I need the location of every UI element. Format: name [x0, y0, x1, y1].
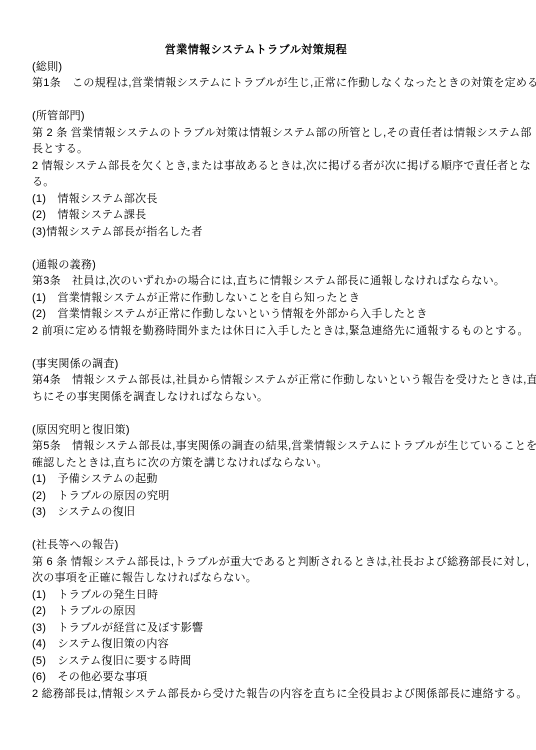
section-report-to-president: (社長等への報告) 第 6 条 情報システム部長は,トラブルが重大であると判断さ…	[32, 537, 532, 702]
text-line: 確認したときは,直ちに次の方策を講じなければならない。	[32, 455, 532, 472]
list-item: (4) システム復旧策の内容	[32, 636, 532, 653]
section-heading: (総則)	[32, 59, 532, 76]
list-item: (3) トラブルが経営に及ぼす影響	[32, 620, 532, 637]
section-heading: (事実関係の調査)	[32, 356, 532, 373]
text-line: 第4条 情報システム部長は,社員から情報システムが正常に作動しないという報告を受…	[32, 372, 532, 389]
list-item: (1) 予備システムの起動	[32, 471, 532, 488]
list-item: (3) システムの復旧	[32, 504, 532, 521]
text-line: 2 前項に定める情報を勤務時間外または休日に入手したときは,緊急連絡先に通報する…	[32, 323, 532, 340]
section-heading: (通報の義務)	[32, 257, 532, 274]
section-duty-to-report: (通報の義務) 第3条 社員は,次のいずれかの場合には,直ちに情報システム部長に…	[32, 257, 532, 340]
list-item: (1) 情報システム部次長	[32, 191, 532, 208]
list-item: (5) システム復旧に要する時間	[32, 653, 532, 670]
list-item: (2) トラブルの原因の究明	[32, 488, 532, 505]
section-jurisdiction: (所管部門) 第 2 条 営業情報システムのトラブル対策は情報システム部の所管と…	[32, 108, 532, 240]
text-line: 第5条 情報システム部長は,事実関係の調査の結果,営業情報システムにトラブルが生…	[32, 438, 532, 455]
list-item: (1) トラブルの発生日時	[32, 587, 532, 604]
text-line: 次の事項を正確に報告しなければならない。	[32, 570, 532, 587]
text-line: 2 情報システム部長を欠くとき,または事故あるときは,次に掲げる者が次に掲げる順…	[32, 158, 532, 175]
list-item: (6) その他必要な事項	[32, 669, 532, 686]
section-heading: (原因究明と復旧策)	[32, 422, 532, 439]
text-line: 長とする。	[32, 141, 532, 158]
text-line: 2 総務部長は,情報システム部長から受けた報告の内容を直ちに全役員および関係部長…	[32, 686, 532, 703]
section-fact-investigation: (事実関係の調査) 第4条 情報システム部長は,社員から情報システムが正常に作動…	[32, 356, 532, 406]
list-item: (2) トラブルの原因	[32, 603, 532, 620]
list-item: (2) 情報システム課長	[32, 207, 532, 224]
text-line: る。	[32, 174, 532, 191]
text-line: 第 2 条 営業情報システムのトラブル対策は情報システム部の所管とし,その責任者…	[32, 125, 532, 142]
section-general-rules: (総則) 第1条 この規程は,営業情報システムにトラブルが生じ,正常に作動しなく…	[32, 59, 532, 92]
text-line: ちにその事実関係を調査しなければならない。	[32, 389, 532, 406]
list-item: (3)情報システム部長が指名した者	[32, 224, 532, 241]
text-line: 第3条 社員は,次のいずれかの場合には,直ちに情報システム部長に通報しなければな…	[32, 273, 532, 290]
text-line: 第1条 この規程は,営業情報システムにトラブルが生じ,正常に作動しなくなったとき…	[32, 75, 532, 92]
list-item: (1) 営業情報システムが正常に作動しないことを自ら知ったとき	[32, 290, 532, 307]
section-heading: (所管部門)	[32, 108, 532, 125]
list-item: (2) 営業情報システムが正常に作動しないという情報を外部から入手したとき	[32, 306, 532, 323]
section-heading: (社長等への報告)	[32, 537, 532, 554]
document-page: 営業情報システムトラブル対策規程 (総則) 第1条 この規程は,営業情報システム…	[0, 0, 536, 750]
section-cause-and-recovery: (原因究明と復旧策) 第5条 情報システム部長は,事実関係の調査の結果,営業情報…	[32, 422, 532, 521]
document-title: 営業情報システムトラブル対策規程	[32, 42, 480, 59]
text-line: 第 6 条 情報システム部長は,トラブルが重大であると判断されるときは,社長およ…	[32, 554, 532, 571]
